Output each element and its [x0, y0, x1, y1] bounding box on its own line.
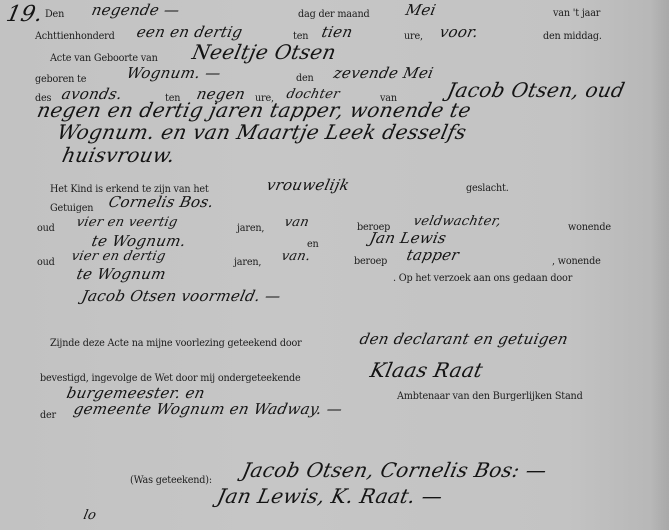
handwritten-signers: den declarant en getuigen	[358, 330, 570, 348]
label-acte-van-geboorte: Acte van Geboorte van	[50, 52, 158, 64]
handwritten-witness2-residence: te Wognum	[75, 265, 168, 283]
handwritten-municipality: gemeente Wognum en Wadway. —	[72, 400, 344, 418]
handwritten-witness1-residence: te Wognum.	[90, 232, 188, 250]
handwritten-corner-mark: lo	[82, 508, 98, 523]
handwritten-van-2: van.	[280, 249, 312, 264]
label-geboren-te: geboren te	[35, 73, 86, 85]
handwritten-birth-date: zevende Mei	[332, 64, 435, 82]
label-was-geteekend: (Was geteekend):	[130, 474, 212, 486]
handwritten-month: Mei	[404, 1, 438, 19]
handwritten-year: een en dertig	[135, 23, 244, 41]
label-jaren-2: jaren,	[234, 256, 261, 268]
label-wonende-2: , wonende	[552, 255, 601, 267]
label-den-2: den	[296, 72, 314, 84]
handwritten-signatures-line2: Jan Lewis, K. Raat. —	[215, 484, 445, 508]
label-jaren: jaren,	[237, 222, 264, 234]
label-der: der	[40, 409, 56, 421]
record-number: 19.	[4, 2, 45, 27]
handwritten-child-name: Neeltje Otsen	[190, 40, 338, 64]
handwritten-father-details: negen en dertig jaren tapper, wonende te	[35, 98, 473, 122]
handwritten-witness1-occupation: veldwachter,	[412, 214, 503, 229]
label-van-t-jaar: van 't jaar	[553, 7, 600, 19]
label-dag-der-maand: dag der maand	[298, 8, 369, 20]
handwritten-official: Klaas Raat	[368, 358, 485, 382]
label-oud-2: oud	[37, 256, 55, 268]
handwritten-witness2: Jan Lewis	[368, 229, 448, 247]
handwritten-van: van	[283, 215, 311, 230]
label-wonende: wonende	[568, 221, 611, 233]
label-ure: ure,	[404, 30, 423, 42]
handwritten-witness2-age: vier en dertig	[70, 249, 167, 264]
handwritten-huisvrouw: huisvrouw.	[60, 143, 177, 167]
label-den-middag: den middag.	[543, 30, 602, 42]
label-getuigen: Getuigen	[50, 202, 93, 214]
label-beroep-2: beroep	[354, 255, 387, 267]
label-ambtenaar: Ambtenaar van den Burgerlijken Stand	[397, 390, 583, 402]
handwritten-signatures-line1: Jacob Otsen, Cornelis Bos: —	[240, 458, 549, 482]
label-bevestigd: bevestigd, ingevolge de Wet door mij ond…	[40, 372, 301, 384]
label-op-het-verzoek: . Op het verzoek aan ons gedaan door	[393, 272, 572, 284]
label-achttienhonderd: Achttienhonderd	[35, 30, 115, 42]
handwritten-birthplace: Wognum. —	[125, 64, 223, 82]
handwritten-witness1-age: vier en veertig	[75, 215, 179, 230]
handwritten-mother: Wognum. en van Maartje Leek desselfs	[55, 120, 469, 144]
handwritten-witness1: Cornelis Bos.	[107, 193, 216, 211]
handwritten-witness2-occupation: tapper	[405, 246, 461, 264]
scanned-document-page: 19. Den negende — dag der maand Mei van …	[0, 0, 669, 530]
label-den: Den	[45, 8, 64, 20]
handwritten-day: negende —	[90, 1, 181, 19]
label-geslacht: geslacht.	[466, 182, 509, 194]
label-zijnde-deze-acte: Zijnde deze Acte na mijne voorlezing get…	[50, 337, 302, 349]
handwritten-hour: tien	[320, 23, 354, 41]
handwritten-voor: voor.	[438, 23, 480, 41]
handwritten-sex: vrouwelijk	[265, 176, 351, 194]
handwritten-requester: Jacob Otsen voormeld. —	[80, 287, 283, 305]
label-oud: oud	[37, 222, 55, 234]
